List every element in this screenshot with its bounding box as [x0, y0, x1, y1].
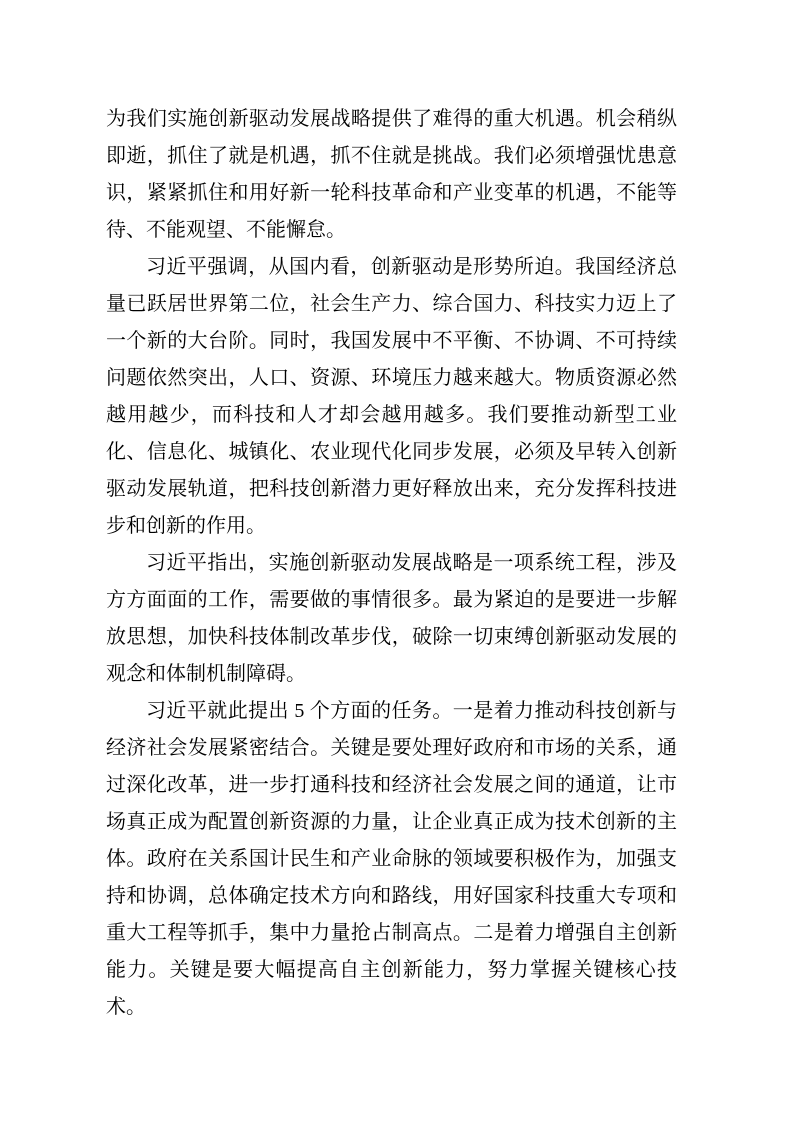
document-body: 为我们实施创新驱动发展战略提供了难得的重大机遇。机会稍纵即逝，抓住了就是机遇，抓…: [106, 101, 677, 1026]
paragraph: 为我们实施创新驱动发展战略提供了难得的重大机遇。机会稍纵即逝，抓住了就是机遇，抓…: [106, 101, 677, 249]
paragraph: 习近平强调，从国内看，创新驱动是形势所迫。我国经济总量已跃居世界第二位，社会生产…: [106, 249, 677, 545]
paragraph: 习近平指出，实施创新驱动发展战略是一项系统工程，涉及方方面面的工作，需要做的事情…: [106, 545, 677, 693]
document-page: 为我们实施创新驱动发展战略提供了难得的重大机遇。机会稍纵即逝，抓住了就是机遇，抓…: [0, 0, 793, 1122]
paragraph: 习近平就此提出 5 个方面的任务。一是着力推动科技创新与经济社会发展紧密结合。关…: [106, 693, 677, 1026]
